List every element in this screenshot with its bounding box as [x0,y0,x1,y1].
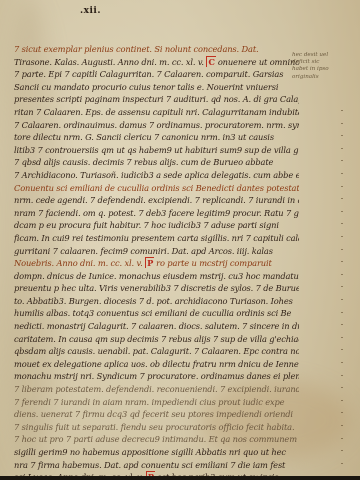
pricking-mark [341,324,343,325]
rubricated-initial: P [145,257,154,268]
image-border [0,476,360,480]
manuscript-line: monachu mstrij nri. Syndicum 7 procurato… [14,370,299,383]
manuscript-line: tore dilectu nrm. G. Sancii clericu 7 ca… [14,131,299,144]
manuscript-line: sigilli gerim9 no habemus appositione si… [14,446,299,459]
pricking-mark [341,450,343,451]
pricking-mark [341,412,343,413]
pricking-mark [341,349,343,350]
pricking-mark [341,148,343,149]
pricking-mark [341,123,343,124]
manuscript-line: 7 sicut exemplar plenius continet. Si no… [14,43,299,56]
manuscript-page: .xii. 7 sicut exemplar plenius continet.… [0,0,360,476]
pricking-mark [341,236,343,237]
manuscript-line: 7 Calaaren. ordinauimus. damus 7 ordinam… [14,119,299,132]
pricking-mark [341,211,343,212]
manuscript-line: ritan 7 Calaaren. Eps. de assensu capitu… [14,106,299,119]
pricking-mark [341,299,343,300]
pricking-mark [341,160,343,161]
manuscript-line: nra 7 firma habemus. Dat. apd conuentu s… [14,459,299,472]
margin-note-line: originalis [292,74,354,81]
manuscript-line: 7 liberam potestatem. defendendi. reconu… [14,383,299,396]
pricking-mark [341,110,343,111]
pricking-mark [341,223,343,224]
margin-note-line: hec desit uel [292,52,354,59]
manuscript-line: 7 ferendi 7 iurandi in aiam nram. impedi… [14,396,299,409]
pricking-mark [341,286,343,287]
manuscript-line: Sancii cu mandato procurio cuius tenor t… [14,81,299,94]
pricking-mark [341,362,343,363]
text-block: 7 sicut exemplar plenius continet. Si no… [14,43,299,480]
pricking-mark [341,186,343,187]
manuscript-line: dompn. dnicus de Iunice. monachus eiusde… [14,270,299,283]
pricking-mark [341,400,343,401]
folio-number: .xii. [80,6,101,16]
manuscript-line: 7 Archidiacono. Turiasoñ. iudicib3 a sed… [14,169,299,182]
pricking-mark [341,261,343,262]
pricking-mark [341,173,343,174]
pricking-mark [341,198,343,199]
pricking-mark [341,463,343,464]
pricking-mark [341,425,343,426]
manuscript-line: 7 hoc ut pro 7 parti aduse decrecu9 inti… [14,433,299,446]
manuscript-line: nrm. cede agendi. 7 defendendi. excipien… [14,194,299,207]
manuscript-line: Tirasone. Kalas. Augusti. Anno dni. m. c… [14,56,299,69]
manuscript-line: 7 singulis fuit ut separati. fiendu seu … [14,421,299,434]
manuscript-line: to. Abbatib3. Burgen. diocesis 7 d. pot.… [14,295,299,308]
manuscript-line: dcam p eu procura fuit habitur. 7 hoc iu… [14,219,299,232]
pricking-mark [341,337,343,338]
pricking-mark [341,135,343,136]
manuscript-line: gurritani 7 calaaren. fecim9 comuniri. D… [14,245,299,258]
pricking-mark [341,438,343,439]
rubricated-initial: C [206,56,215,67]
manuscript-line: caritatem. In causa qm sup decimis 7 reb… [14,333,299,346]
manuscript-line: 7 parte. Epi 7 capitli Calagurritan. 7 C… [14,68,299,81]
margin-note-line: habet in ipso [292,66,354,73]
manuscript-line: 7 qbsd alijs causis. decimis 7 rebus ali… [14,156,299,169]
manuscript-line: qbsdam alijs causis. uenabil. pat. Calag… [14,345,299,358]
manuscript-line: mouet ex delegatione aplica uos. ob dile… [14,358,299,371]
pricking-mark [341,312,343,313]
pricking-mark [341,249,343,250]
pricking-mark [341,375,343,376]
margin-note: hec desit uel deficit sic habet in ipso … [292,52,354,81]
manuscript-line: presentes scripti paginam inspecturi 7 a… [14,93,299,106]
manuscript-line: ficam. In cui9 rei testimoniu presentem … [14,232,299,245]
manuscript-line: litib3 7 controuersiis qm ut qs habem9 u… [14,144,299,157]
manuscript-line: nram 7 faciendi. om q. potest. 7 deb3 fa… [14,207,299,220]
manuscript-line: humilis albas. totq3 conuentus sci emili… [14,307,299,320]
manuscript-line: diens. uenerat 7 firmu dcq3 qd fecerit s… [14,408,299,421]
margin-note-line: deficit sic [292,59,354,66]
manuscript-line: preuentu p hec ulta. Viris venerabilib3 … [14,282,299,295]
pricking-mark [341,387,343,388]
manuscript-line: Conuentu sci emiliani de cucullia ordini… [14,182,299,195]
manuscript-line: Nouebris. Anno dni. m. cc. xl. v. Pro pa… [14,257,299,270]
pricking-mark [341,274,343,275]
manuscript-line: nedicti. monastrij Calagurit. 7 calaaren… [14,320,299,333]
